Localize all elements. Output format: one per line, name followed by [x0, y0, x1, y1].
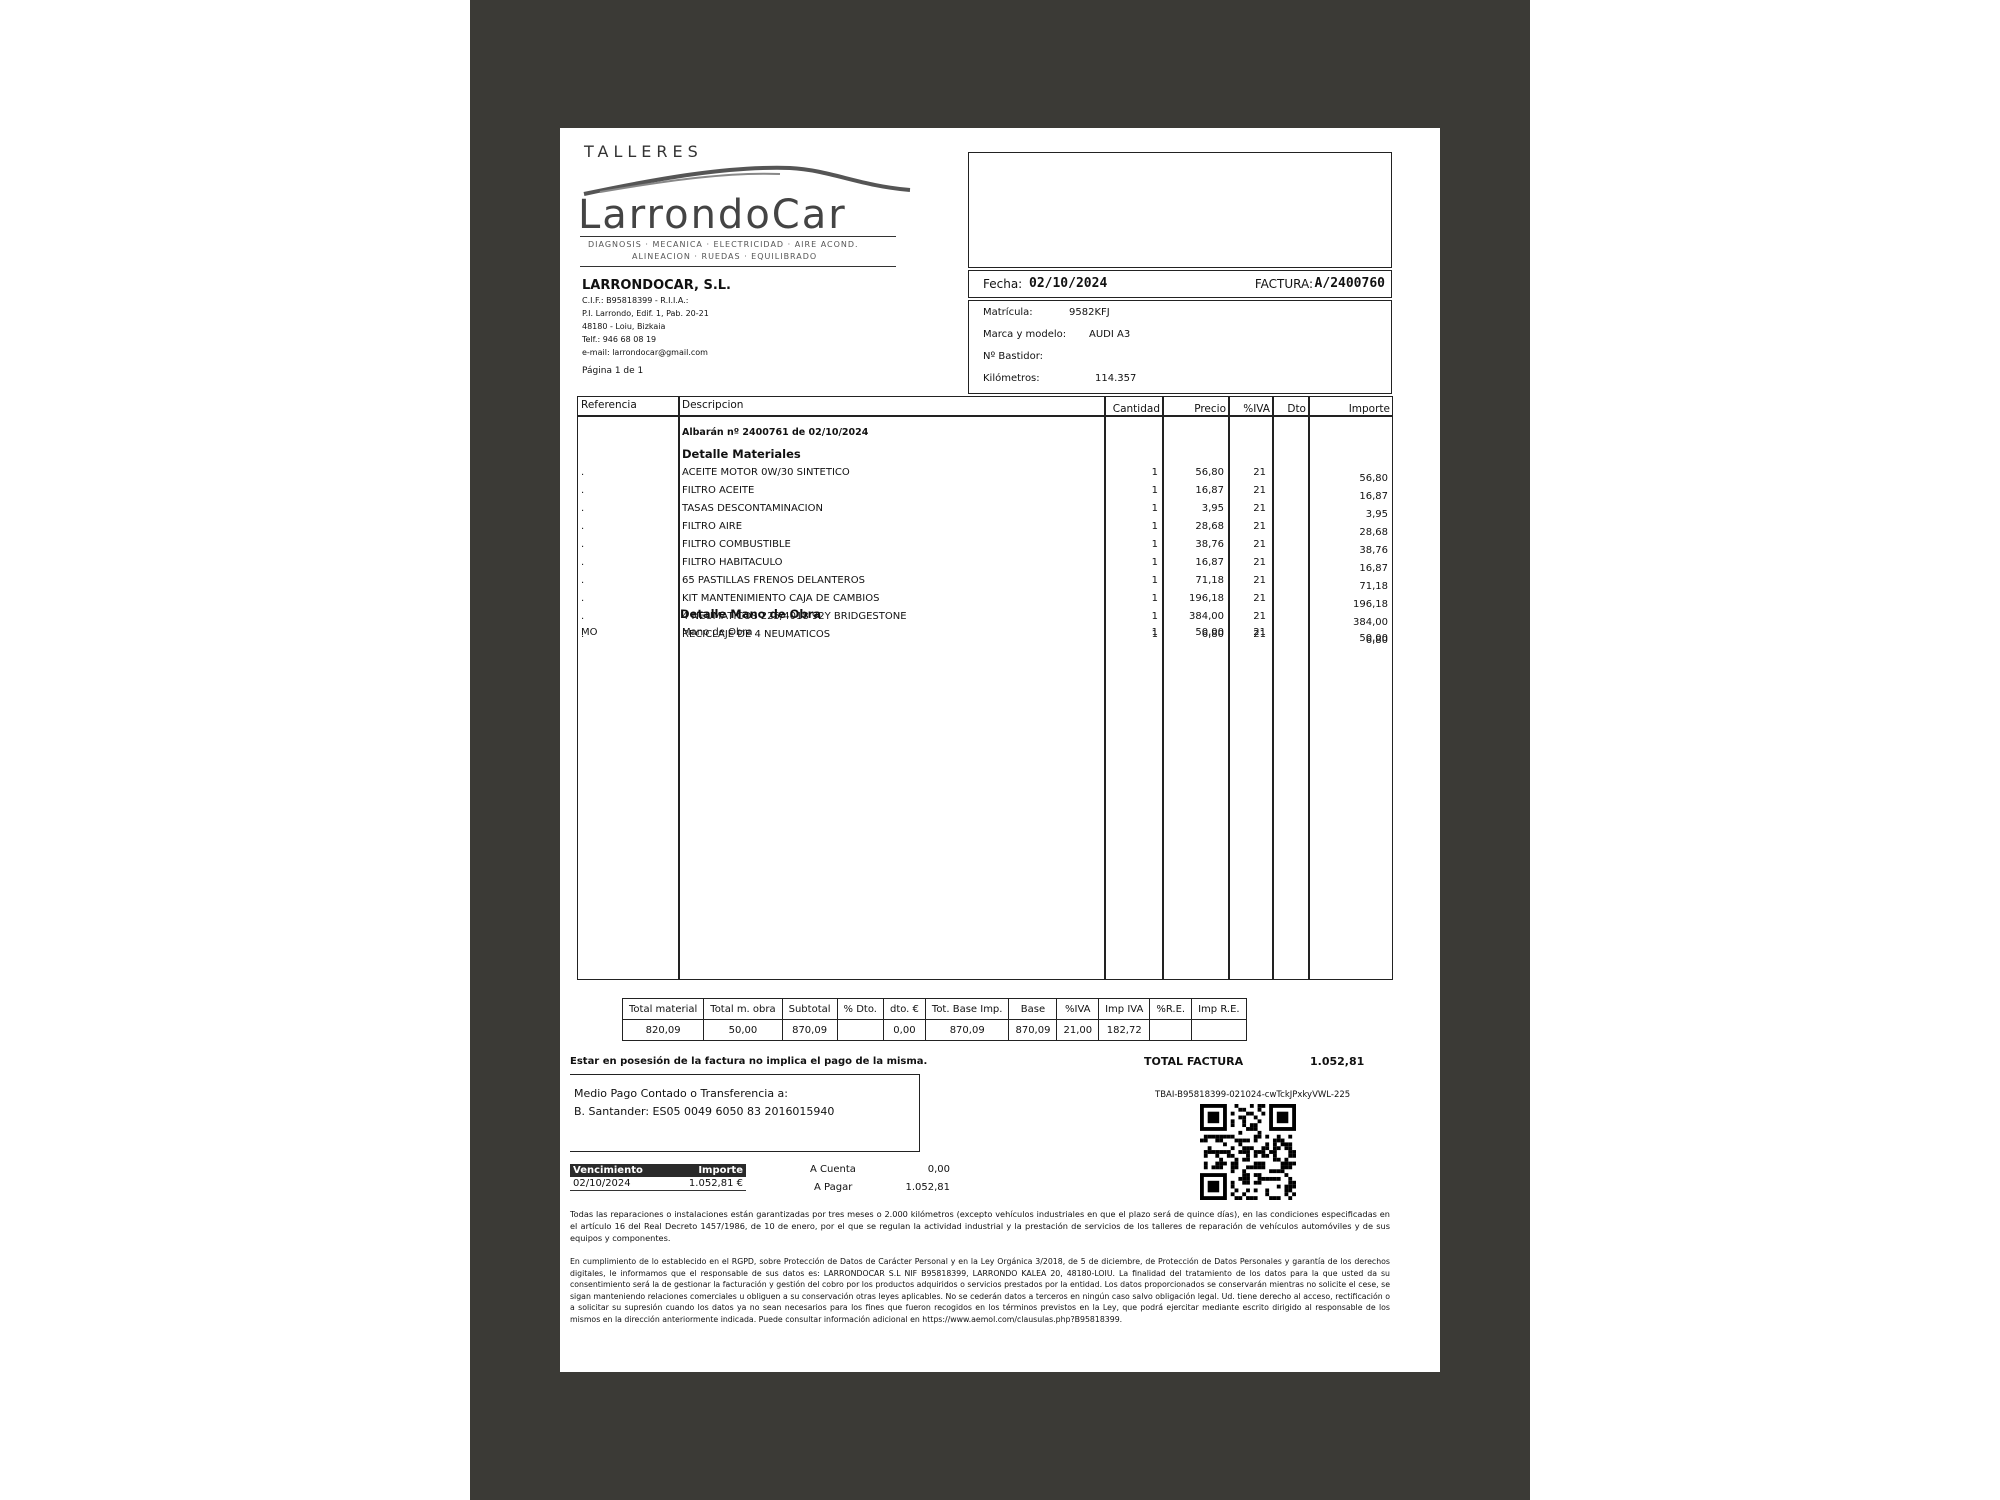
cell-qty: 1 [1106, 557, 1158, 568]
model-label: Marca y modelo: [983, 329, 1066, 340]
amount-header: Importe [668, 1164, 746, 1177]
totals-header: %R.E. [1150, 999, 1192, 1020]
totals-header: Base [1009, 999, 1057, 1020]
totals-value: 21,00 [1057, 1020, 1099, 1041]
due-amount: 1.052,81 € [668, 1177, 746, 1191]
logo-wordmark: LarrondoCar [578, 192, 847, 238]
cell-iva: 21 [1230, 575, 1266, 586]
totals-table: Total materialTotal m. obraSubtotal% Dto… [622, 998, 1247, 1041]
qr-code-icon [1200, 1104, 1296, 1200]
cell-amount: 16,87 [1310, 491, 1388, 502]
cell-amount: 28,68 [1310, 527, 1388, 538]
logo-services-line1: DIAGNOSIS · MECANICA · ELECTRICIDAD · AI… [588, 240, 888, 249]
totals-value [1150, 1020, 1192, 1041]
cell-iva: 21 [1230, 467, 1266, 478]
cell-ref: . [581, 467, 584, 478]
col-header-cantidad: Cantidad [1106, 403, 1160, 415]
cell-price: 71,18 [1164, 575, 1224, 586]
cell-amount: 3,95 [1310, 509, 1388, 520]
date-label: Fecha: [983, 277, 1022, 291]
totals-header: Imp R.E. [1192, 999, 1246, 1020]
km-value: 114.357 [1095, 373, 1136, 384]
delivery-note: Albarán nº 2400761 de 02/10/2024 [682, 427, 868, 438]
cell-ref: . [581, 503, 584, 514]
cell-amount: 16,87 [1310, 563, 1388, 574]
invoice-number: A/2400760 [1315, 276, 1385, 291]
cell-ref: . [581, 593, 584, 604]
company-email: e-mail: larrondocar@gmail.com [582, 348, 708, 357]
totals-value: 820,09 [623, 1020, 704, 1041]
cell-iva: 21 [1230, 557, 1266, 568]
due-date-table: Vencimiento Importe 02/10/2024 1.052,81 … [570, 1164, 746, 1191]
logo-divider [580, 266, 896, 267]
page-number: Página 1 de 1 [582, 366, 643, 376]
cell-ref: . [581, 539, 584, 550]
cell-amount: 50,00 [1310, 633, 1388, 644]
cell-iva: 21 [1230, 521, 1266, 532]
cell-qty: 1 [1106, 503, 1158, 514]
totals-value: 870,09 [925, 1020, 1009, 1041]
invoice-page: TALLERES LarrondoCar DIAGNOSIS · MECANIC… [560, 128, 1440, 1372]
totals-header: % Dto. [837, 999, 883, 1020]
cell-ref: . [581, 611, 584, 622]
cell-qty: 1 [1106, 467, 1158, 478]
cell-desc: FILTRO HABITACULO [682, 557, 783, 568]
plate-label: Matrícula: [983, 307, 1033, 318]
cell-qty: 1 [1106, 521, 1158, 532]
section-labor: Detalle Mano de Obra [680, 607, 821, 621]
col-header-dto: Dto [1274, 403, 1306, 415]
bank-account: B. Santander: ES05 0049 6050 83 20160159… [574, 1105, 834, 1118]
cell-price: 56,80 [1164, 467, 1224, 478]
totals-value: 50,00 [704, 1020, 782, 1041]
cell-desc: Mano de Obra [682, 627, 753, 638]
model-value: AUDI A3 [1089, 329, 1130, 340]
cell-desc: TASAS DESCONTAMINACION [682, 503, 823, 514]
due-date: 02/10/2024 [570, 1177, 668, 1191]
client-address-box [968, 152, 1392, 268]
on-account-value: 0,00 [900, 1164, 950, 1175]
col-header-descripcion: Descripcion [682, 399, 743, 411]
cell-qty: 1 [1106, 485, 1158, 496]
totals-value: 870,09 [1009, 1020, 1057, 1041]
totals-header: %IVA [1057, 999, 1099, 1020]
cell-qty: 1 [1106, 539, 1158, 550]
cell-qty: 1 [1106, 611, 1158, 622]
due-header: Vencimiento [570, 1164, 668, 1177]
col-header-importe: Importe [1310, 403, 1390, 415]
cell-amount: 71,18 [1310, 581, 1388, 592]
cell-desc: KIT MANTENIMIENTO CAJA DE CAMBIOS [682, 593, 879, 604]
cell-amount: 38,76 [1310, 545, 1388, 556]
line-items-table: Referencia Descripcion Cantidad Precio %… [577, 396, 1393, 980]
chassis-label: Nº Bastidor: [983, 351, 1043, 362]
to-pay-label: A Pagar [814, 1182, 852, 1193]
cell-iva: 21 [1230, 593, 1266, 604]
cell-price: 16,87 [1164, 557, 1224, 568]
to-pay-value: 1.052,81 [890, 1182, 950, 1193]
cell-amount: 56,80 [1310, 473, 1388, 484]
invoice-date: 02/10/2024 [1029, 276, 1107, 291]
totals-header: Total material [623, 999, 704, 1020]
cell-iva: 21 [1230, 611, 1266, 622]
cell-price: 50,00 [1164, 627, 1224, 638]
warranty-text: Todas las reparaciones o instalaciones e… [570, 1208, 1390, 1244]
vehicle-info-box: Matrícula: 9582KFJ Marca y modelo: AUDI … [968, 300, 1392, 394]
totals-header: Subtotal [782, 999, 837, 1020]
cell-price: 28,68 [1164, 521, 1224, 532]
cell-iva: 21 [1230, 539, 1266, 550]
totals-value [837, 1020, 883, 1041]
cell-iva: 21 [1230, 627, 1266, 638]
col-header-iva: %IVA [1230, 403, 1270, 415]
cell-price: 38,76 [1164, 539, 1224, 550]
cell-price: 16,87 [1164, 485, 1224, 496]
invoice-number-label: FACTURA: [1255, 277, 1313, 291]
invoice-header-box: Fecha: 02/10/2024 FACTURA: A/2400760 [968, 270, 1392, 298]
totals-header: Tot. Base Imp. [925, 999, 1009, 1020]
cell-desc: FILTRO AIRE [682, 521, 742, 532]
totals-header: dto. € [883, 999, 925, 1020]
tbai-code: TBAI-B95818399-021024-cwTckJPxkyVWL-225 [1155, 1090, 1350, 1100]
cell-qty: 1 [1106, 593, 1158, 604]
total-invoice-label: TOTAL FACTURA [1144, 1055, 1243, 1068]
cell-desc: 65 PASTILLAS FRENOS DELANTEROS [682, 575, 865, 586]
company-cif: C.I.F.: B95818399 - R.I.I.A.: [582, 296, 689, 305]
totals-value: 870,09 [782, 1020, 837, 1041]
cell-amount: 384,00 [1310, 617, 1388, 628]
cell-ref: . [581, 521, 584, 532]
company-address: P.I. Larrondo, Edif. 1, Pab. 20-21 [582, 309, 709, 318]
payment-method: Medio Pago Contado o Transferencia a: [574, 1087, 788, 1100]
cell-qty: 1 [1106, 575, 1158, 586]
company-city: 48180 - Loiu, Bizkaia [582, 322, 665, 331]
cell-ref: MO [581, 627, 598, 638]
cell-price: 384,00 [1164, 611, 1224, 622]
cell-price: 196,18 [1164, 593, 1224, 604]
logo-services-line2: ALINEACION · RUEDAS · EQUILIBRADO [632, 252, 817, 261]
plate-value: 9582KFJ [1069, 307, 1110, 318]
cell-iva: 21 [1230, 485, 1266, 496]
company-name: LARRONDOCAR, S.L. [582, 278, 731, 293]
payment-method-box: Medio Pago Contado o Transferencia a: B.… [570, 1074, 920, 1152]
cell-qty: 1 [1106, 627, 1158, 638]
col-header-referencia: Referencia [581, 399, 637, 411]
payment-notice: Estar en posesión de la factura no impli… [570, 1056, 927, 1067]
cell-desc: FILTRO COMBUSTIBLE [682, 539, 791, 550]
cell-ref: . [581, 575, 584, 586]
totals-value: 182,72 [1099, 1020, 1150, 1041]
cell-ref: . [581, 557, 584, 568]
cell-desc: FILTRO ACEITE [682, 485, 754, 496]
privacy-text: En cumplimiento de lo establecido en el … [570, 1256, 1390, 1325]
cell-amount: 196,18 [1310, 599, 1388, 610]
logo-divider [580, 236, 896, 237]
col-header-precio: Precio [1164, 403, 1226, 415]
on-account-label: A Cuenta [810, 1164, 856, 1175]
section-materials: Detalle Materiales [682, 447, 801, 461]
cell-price: 3,95 [1164, 503, 1224, 514]
cell-ref: . [581, 485, 584, 496]
total-invoice-value: 1.052,81 [1310, 1055, 1364, 1068]
totals-header: Total m. obra [704, 999, 782, 1020]
totals-header: Imp IVA [1099, 999, 1150, 1020]
km-label: Kilómetros: [983, 373, 1040, 384]
cell-iva: 21 [1230, 503, 1266, 514]
header-divider [578, 415, 1392, 417]
totals-value [1192, 1020, 1246, 1041]
cell-desc: ACEITE MOTOR 0W/30 SINTETICO [682, 467, 850, 478]
company-phone: Telf.: 946 68 08 19 [582, 335, 656, 344]
totals-value: 0,00 [883, 1020, 925, 1041]
